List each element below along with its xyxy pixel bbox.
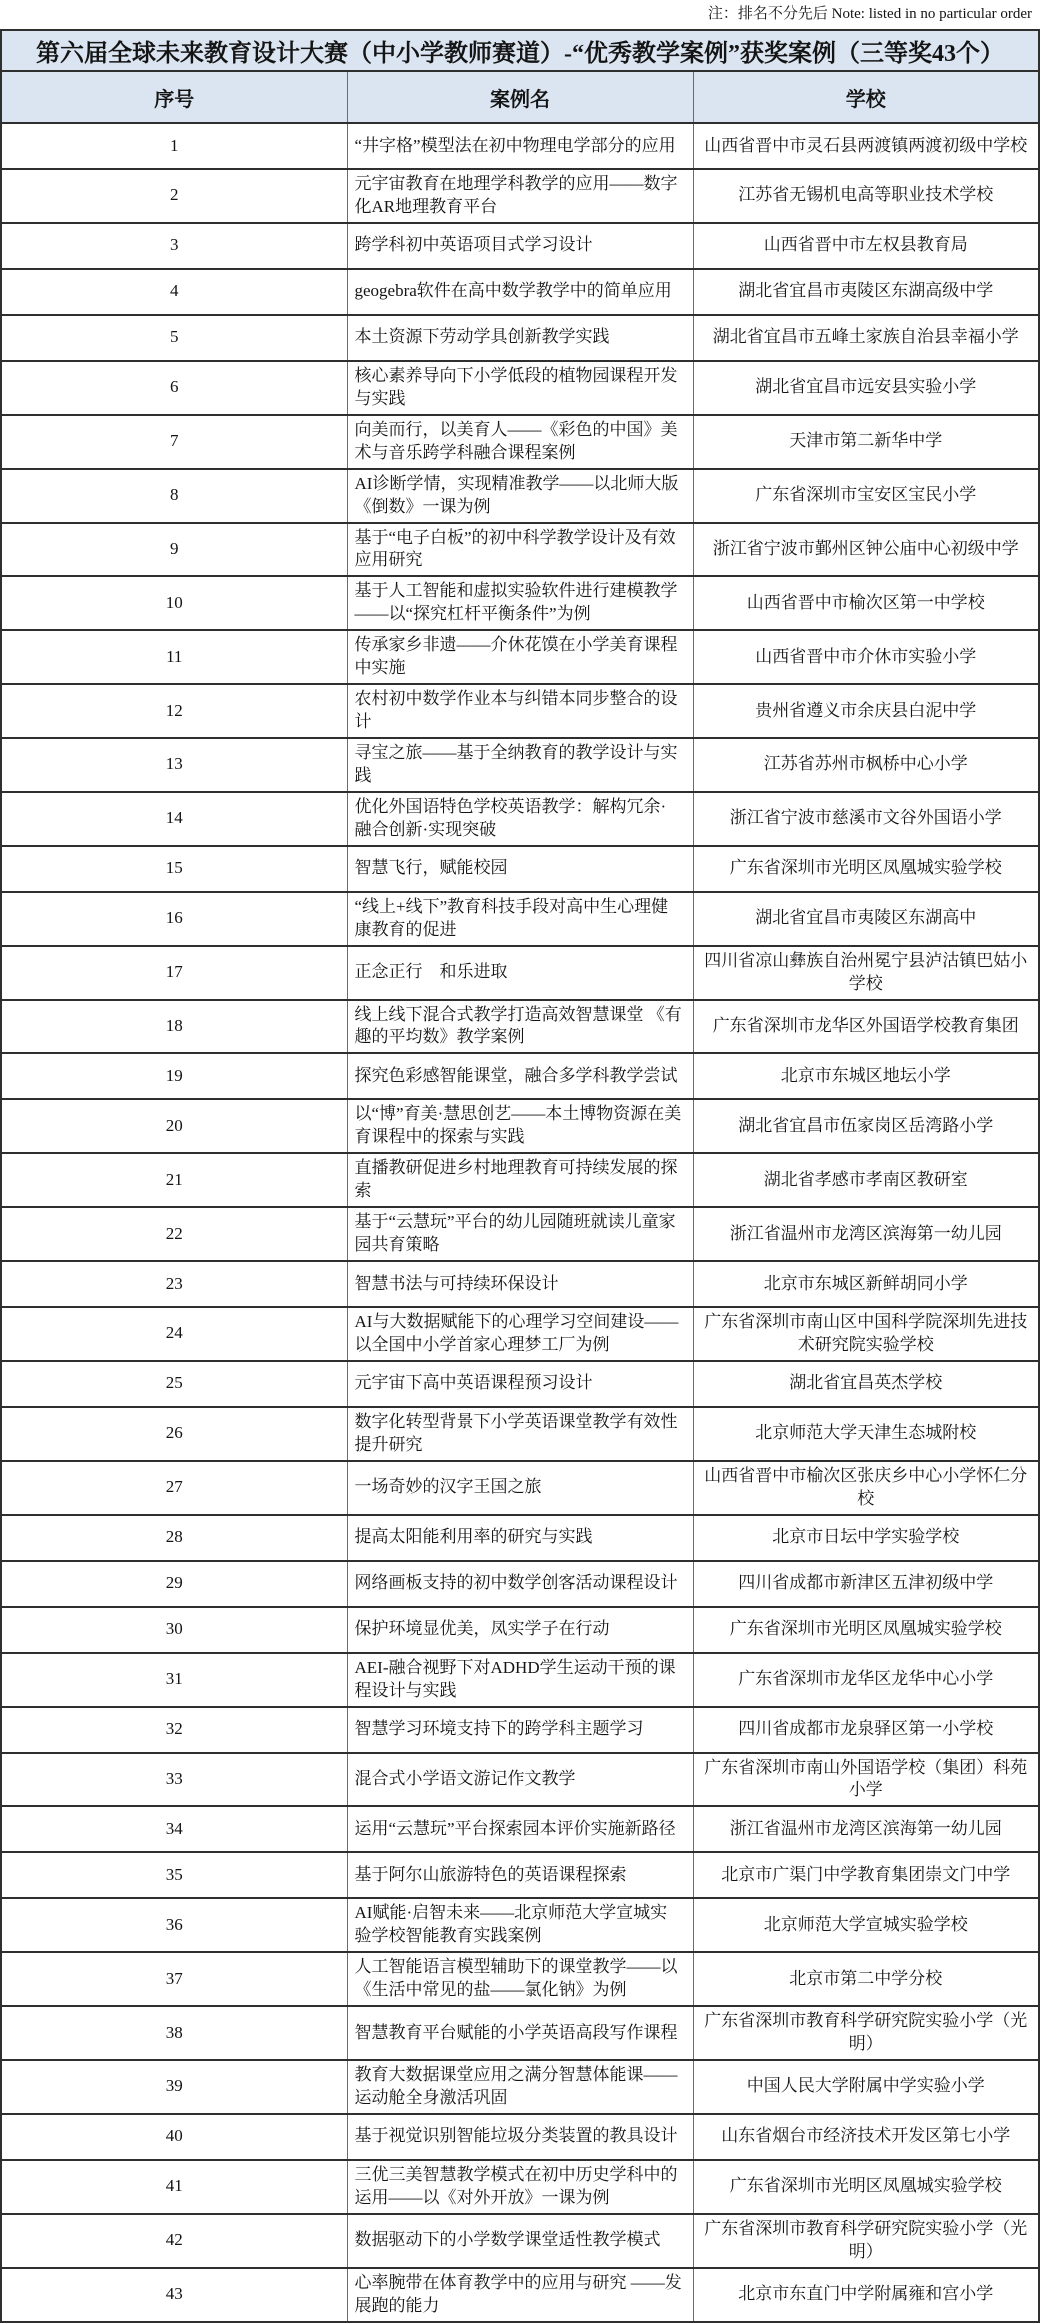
- col-header-case: 案例名: [347, 71, 693, 123]
- table-row: 8 AI诊断学情，实现精准教学——以北师大版《倒数》一课为例 广东省深圳市宝安区…: [1, 469, 1039, 523]
- table-row: 38 智慧教育平台赋能的小学英语高段写作课程 广东省深圳市教育科学研究院实验小学…: [1, 2006, 1039, 2060]
- row-school: 广东省深圳市宝安区宝民小学: [693, 469, 1039, 523]
- ranking-note: 注：排名不分先后 Note: listed in no particular o…: [0, 0, 1040, 29]
- row-school: 天津市第二新华中学: [693, 415, 1039, 469]
- row-school: 中国人民大学附属中学实验小学: [693, 2060, 1039, 2114]
- row-index: 27: [1, 1461, 347, 1515]
- row-school: 北京市第二中学分校: [693, 1952, 1039, 2006]
- row-school: 广东省深圳市教育科学研究院实验小学（光明）: [693, 2006, 1039, 2060]
- row-case: 网络画板支持的初中数学创客活动课程设计: [347, 1561, 693, 1607]
- row-index: 7: [1, 415, 347, 469]
- row-case: 正念正行 和乐进取: [347, 946, 693, 1000]
- table-row: 36 AI赋能·启智未来——北京师范大学宣城实验学校智能教育实践案例 北京师范大…: [1, 1898, 1039, 1952]
- row-case: 提高太阳能利用率的研究与实践: [347, 1515, 693, 1561]
- row-case: 优化外国语特色学校英语教学：解构冗余·融合创新·实现突破: [347, 792, 693, 846]
- row-school: 北京市广渠门中学教育集团崇文门中学: [693, 1852, 1039, 1898]
- row-school: 四川省凉山彝族自治州冕宁县泸沽镇巴姑小学校: [693, 946, 1039, 1000]
- row-school: 湖北省宜昌英杰学校: [693, 1361, 1039, 1407]
- row-case: 基于人工智能和虚拟实验软件进行建模教学——以“探究杠杆平衡条件”为例: [347, 576, 693, 630]
- row-case: 传承家乡非遗——介休花馍在小学美育课程中实施: [347, 630, 693, 684]
- table-row: 42 数据驱动下的小学数学课堂适性教学模式 广东省深圳市教育科学研究院实验小学（…: [1, 2214, 1039, 2268]
- row-index: 29: [1, 1561, 347, 1607]
- table-row: 10 基于人工智能和虚拟实验软件进行建模教学——以“探究杠杆平衡条件”为例 山西…: [1, 576, 1039, 630]
- row-school: 山西省晋中市介休市实验小学: [693, 630, 1039, 684]
- row-index: 15: [1, 846, 347, 892]
- row-index: 30: [1, 1607, 347, 1653]
- row-index: 34: [1, 1806, 347, 1852]
- row-school: 浙江省宁波市鄞州区钟公庙中心初级中学: [693, 523, 1039, 577]
- row-index: 28: [1, 1515, 347, 1561]
- row-index: 19: [1, 1053, 347, 1099]
- row-index: 13: [1, 738, 347, 792]
- row-school: 山东省烟台市经济技术开发区第七小学: [693, 2114, 1039, 2160]
- row-index: 42: [1, 2214, 347, 2268]
- row-index: 9: [1, 523, 347, 577]
- row-school: 广东省深圳市光明区凤凰城实验学校: [693, 1607, 1039, 1653]
- row-index: 38: [1, 2006, 347, 2060]
- row-case: 基于阿尔山旅游特色的英语课程探索: [347, 1852, 693, 1898]
- row-school: 北京市日坛中学实验学校: [693, 1515, 1039, 1561]
- row-school: 广东省深圳市龙华区外国语学校教育集团: [693, 1000, 1039, 1054]
- table-row: 5 本土资源下劳动学具创新教学实践 湖北省宜昌市五峰土家族自治县幸福小学: [1, 315, 1039, 361]
- row-index: 1: [1, 123, 347, 169]
- row-case: 人工智能语言模型辅助下的课堂教学——以《生活中常见的盐——氯化钠》为例: [347, 1952, 693, 2006]
- row-school: 广东省深圳市龙华区龙华中心小学: [693, 1653, 1039, 1707]
- table-row: 11 传承家乡非遗——介休花馍在小学美育课程中实施 山西省晋中市介休市实验小学: [1, 630, 1039, 684]
- row-case: 智慧书法与可持续环保设计: [347, 1261, 693, 1307]
- row-index: 22: [1, 1207, 347, 1261]
- row-case: “井字格”模型法在初中物理电学部分的应用: [347, 123, 693, 169]
- row-case: 三优三美智慧教学模式在初中历史学科中的运用——以《对外开放》一课为例: [347, 2160, 693, 2214]
- awards-table-head: 第六届全球未来教育设计大赛（中小学教师赛道）-“优秀教学案例”获奖案例（三等奖4…: [1, 30, 1039, 123]
- row-school: 湖北省宜昌市夷陵区东湖高级中学: [693, 269, 1039, 315]
- table-row: 18 线上线下混合式教学打造高效智慧课堂 《有趣的平均数》教学案例 广东省深圳市…: [1, 1000, 1039, 1054]
- table-row: 4 geogebra软件在高中数学教学中的简单应用 湖北省宜昌市夷陵区东湖高级中…: [1, 269, 1039, 315]
- table-row: 19 探究色彩感智能课堂，融合多学科教学尝试 北京市东城区地坛小学: [1, 1053, 1039, 1099]
- row-index: 36: [1, 1898, 347, 1952]
- table-row: 37 人工智能语言模型辅助下的课堂教学——以《生活中常见的盐——氯化钠》为例 北…: [1, 1952, 1039, 2006]
- table-row: 27 一场奇妙的汉字王国之旅 山西省晋中市榆次区张庆乡中心小学怀仁分校: [1, 1461, 1039, 1515]
- table-row: 21 直播教研促进乡村地理教育可持续发展的探索 湖北省孝感市孝南区教研室: [1, 1153, 1039, 1207]
- row-school: 江苏省无锡机电高等职业技术学校: [693, 169, 1039, 223]
- row-case: 向美而行，以美育人——《彩色的中国》美术与音乐跨学科融合课程案例: [347, 415, 693, 469]
- row-school: 浙江省宁波市慈溪市文谷外国语小学: [693, 792, 1039, 846]
- row-index: 33: [1, 1753, 347, 1807]
- table-row: 32 智慧学习环境支持下的跨学科主题学习 四川省成都市龙泉驿区第一小学校: [1, 1707, 1039, 1753]
- row-case: 智慧教育平台赋能的小学英语高段写作课程: [347, 2006, 693, 2060]
- page: 注：排名不分先后 Note: listed in no particular o…: [0, 0, 1040, 2323]
- row-case: 数字化转型背景下小学英语课堂教学有效性提升研究: [347, 1407, 693, 1461]
- row-index: 3: [1, 223, 347, 269]
- row-case: 元宇宙教育在地理学科教学的应用——数字化AR地理教育平台: [347, 169, 693, 223]
- table-row: 31 AEI-融合视野下对ADHD学生运动干预的课程设计与实践 广东省深圳市龙华…: [1, 1653, 1039, 1707]
- row-index: 35: [1, 1852, 347, 1898]
- row-school: 广东省深圳市光明区凤凰城实验学校: [693, 2160, 1039, 2214]
- table-row: 16 “线上+线下”教育科技手段对高中生心理健康教育的促进 湖北省宜昌市夷陵区东…: [1, 892, 1039, 946]
- row-case: 核心素养导向下小学低段的植物园课程开发与实践: [347, 361, 693, 415]
- table-row: 3 跨学科初中英语项目式学习设计 山西省晋中市左权县教育局: [1, 223, 1039, 269]
- table-row: 33 混合式小学语文游记作文教学 广东省深圳市南山外国语学校（集团）科苑小学: [1, 1753, 1039, 1807]
- row-index: 20: [1, 1099, 347, 1153]
- row-index: 21: [1, 1153, 347, 1207]
- row-case: 混合式小学语文游记作文教学: [347, 1753, 693, 1807]
- row-case: 运用“云慧玩”平台探索园本评价实施新路径: [347, 1806, 693, 1852]
- row-case: 探究色彩感智能课堂，融合多学科教学尝试: [347, 1053, 693, 1099]
- row-case: 保护环境显优美，凤实学子在行动: [347, 1607, 693, 1653]
- row-school: 山西省晋中市灵石县两渡镇两渡初级中学校: [693, 123, 1039, 169]
- table-row: 15 智慧飞行，赋能校园 广东省深圳市光明区凤凰城实验学校: [1, 846, 1039, 892]
- row-case: 寻宝之旅——基于全纳教育的教学设计与实践: [347, 738, 693, 792]
- row-school: 湖北省宜昌市五峰土家族自治县幸福小学: [693, 315, 1039, 361]
- row-case: 元宇宙下高中英语课程预习设计: [347, 1361, 693, 1407]
- row-index: 26: [1, 1407, 347, 1461]
- row-school: 贵州省遵义市余庆县白泥中学: [693, 684, 1039, 738]
- row-school: 四川省成都市新津区五津初级中学: [693, 1561, 1039, 1607]
- table-row: 24 AI与大数据赋能下的心理学习空间建设——以全国中小学首家心理梦工厂为例 广…: [1, 1307, 1039, 1361]
- row-index: 2: [1, 169, 347, 223]
- row-case: 直播教研促进乡村地理教育可持续发展的探索: [347, 1153, 693, 1207]
- table-row: 12 农村初中数学作业本与纠错本同步整合的设计 贵州省遵义市余庆县白泥中学: [1, 684, 1039, 738]
- table-row: 22 基于“云慧玩”平台的幼儿园随班就读儿童家园共育策略 浙江省温州市龙湾区滨海…: [1, 1207, 1039, 1261]
- table-row: 17 正念正行 和乐进取 四川省凉山彝族自治州冕宁县泸沽镇巴姑小学校: [1, 946, 1039, 1000]
- row-index: 5: [1, 315, 347, 361]
- awards-table: 第六届全球未来教育设计大赛（中小学教师赛道）-“优秀教学案例”获奖案例（三等奖4…: [0, 29, 1040, 2323]
- row-school: 北京师范大学宣城实验学校: [693, 1898, 1039, 1952]
- row-school: 北京市东直门中学附属雍和宫小学: [693, 2268, 1039, 2322]
- row-index: 25: [1, 1361, 347, 1407]
- row-case: 基于“电子白板”的初中科学教学设计及有效应用研究: [347, 523, 693, 577]
- row-school: 北京师范大学天津生态城附校: [693, 1407, 1039, 1461]
- row-case: 一场奇妙的汉字王国之旅: [347, 1461, 693, 1515]
- row-index: 23: [1, 1261, 347, 1307]
- table-row: 23 智慧书法与可持续环保设计 北京市东城区新鲜胡同小学: [1, 1261, 1039, 1307]
- row-case: 跨学科初中英语项目式学习设计: [347, 223, 693, 269]
- row-case: 智慧飞行，赋能校园: [347, 846, 693, 892]
- row-school: 四川省成都市龙泉驿区第一小学校: [693, 1707, 1039, 1753]
- row-index: 32: [1, 1707, 347, 1753]
- table-row: 13 寻宝之旅——基于全纳教育的教学设计与实践 江苏省苏州市枫桥中心小学: [1, 738, 1039, 792]
- row-school: 广东省深圳市南山区中国科学院深圳先进技术研究院实验学校: [693, 1307, 1039, 1361]
- row-school: 广东省深圳市光明区凤凰城实验学校: [693, 846, 1039, 892]
- table-row: 14 优化外国语特色学校英语教学：解构冗余·融合创新·实现突破 浙江省宁波市慈溪…: [1, 792, 1039, 846]
- row-index: 24: [1, 1307, 347, 1361]
- row-case: 心率腕带在体育教学中的应用与研究 ——发展跑的能力: [347, 2268, 693, 2322]
- row-index: 39: [1, 2060, 347, 2114]
- row-school: 山西省晋中市左权县教育局: [693, 223, 1039, 269]
- row-index: 37: [1, 1952, 347, 2006]
- table-row: 35 基于阿尔山旅游特色的英语课程探索 北京市广渠门中学教育集团崇文门中学: [1, 1852, 1039, 1898]
- table-body: 1 “井字格”模型法在初中物理电学部分的应用 山西省晋中市灵石县两渡镇两渡初级中…: [1, 123, 1039, 2322]
- row-case: AI诊断学情，实现精准教学——以北师大版《倒数》一课为例: [347, 469, 693, 523]
- row-school: 北京市东城区地坛小学: [693, 1053, 1039, 1099]
- row-index: 12: [1, 684, 347, 738]
- row-case: 数据驱动下的小学数学课堂适性教学模式: [347, 2214, 693, 2268]
- row-case: 线上线下混合式教学打造高效智慧课堂 《有趣的平均数》教学案例: [347, 1000, 693, 1054]
- row-index: 16: [1, 892, 347, 946]
- page-title: 第六届全球未来教育设计大赛（中小学教师赛道）-“优秀教学案例”获奖案例（三等奖4…: [1, 30, 1039, 71]
- row-case: 智慧学习环境支持下的跨学科主题学习: [347, 1707, 693, 1753]
- row-case: “线上+线下”教育科技手段对高中生心理健康教育的促进: [347, 892, 693, 946]
- row-school: 山西省晋中市榆次区第一中学校: [693, 576, 1039, 630]
- row-case: 基于“云慧玩”平台的幼儿园随班就读儿童家园共育策略: [347, 1207, 693, 1261]
- table-row: 39 教育大数据课堂应用之满分智慧体能课——运动舱全身激活巩固 中国人民大学附属…: [1, 2060, 1039, 2114]
- row-school: 广东省深圳市教育科学研究院实验小学（光明）: [693, 2214, 1039, 2268]
- table-row: 9 基于“电子白板”的初中科学教学设计及有效应用研究 浙江省宁波市鄞州区钟公庙中…: [1, 523, 1039, 577]
- row-index: 41: [1, 2160, 347, 2214]
- col-header-school: 学校: [693, 71, 1039, 123]
- row-index: 18: [1, 1000, 347, 1054]
- row-index: 31: [1, 1653, 347, 1707]
- table-row: 2 元宇宙教育在地理学科教学的应用——数字化AR地理教育平台 江苏省无锡机电高等…: [1, 169, 1039, 223]
- table-row: 34 运用“云慧玩”平台探索园本评价实施新路径 浙江省温州市龙湾区滨海第一幼儿园: [1, 1806, 1039, 1852]
- row-case: AEI-融合视野下对ADHD学生运动干预的课程设计与实践: [347, 1653, 693, 1707]
- table-row: 43 心率腕带在体育教学中的应用与研究 ——发展跑的能力 北京市东直门中学附属雍…: [1, 2268, 1039, 2322]
- table-row: 1 “井字格”模型法在初中物理电学部分的应用 山西省晋中市灵石县两渡镇两渡初级中…: [1, 123, 1039, 169]
- row-index: 4: [1, 269, 347, 315]
- row-index: 6: [1, 361, 347, 415]
- table-row: 6 核心素养导向下小学低段的植物园课程开发与实践 湖北省宜昌市远安县实验小学: [1, 361, 1039, 415]
- row-index: 10: [1, 576, 347, 630]
- table-row: 26 数字化转型背景下小学英语课堂教学有效性提升研究 北京师范大学天津生态城附校: [1, 1407, 1039, 1461]
- table-row: 25 元宇宙下高中英语课程预习设计 湖北省宜昌英杰学校: [1, 1361, 1039, 1407]
- row-case: 以“博”育美·慧思创艺——本土博物资源在美育课程中的探索与实践: [347, 1099, 693, 1153]
- row-case: geogebra软件在高中数学教学中的简单应用: [347, 269, 693, 315]
- row-case: 本土资源下劳动学具创新教学实践: [347, 315, 693, 361]
- table-row: 41 三优三美智慧教学模式在初中历史学科中的运用——以《对外开放》一课为例 广东…: [1, 2160, 1039, 2214]
- row-case: 农村初中数学作业本与纠错本同步整合的设计: [347, 684, 693, 738]
- row-school: 浙江省温州市龙湾区滨海第一幼儿园: [693, 1806, 1039, 1852]
- row-school: 湖北省宜昌市伍家岗区岳湾路小学: [693, 1099, 1039, 1153]
- row-index: 43: [1, 2268, 347, 2322]
- row-index: 40: [1, 2114, 347, 2160]
- row-case: AI赋能·启智未来——北京师范大学宣城实验学校智能教育实践案例: [347, 1898, 693, 1952]
- table-row: 29 网络画板支持的初中数学创客活动课程设计 四川省成都市新津区五津初级中学: [1, 1561, 1039, 1607]
- row-school: 北京市东城区新鲜胡同小学: [693, 1261, 1039, 1307]
- table-row: 20 以“博”育美·慧思创艺——本土博物资源在美育课程中的探索与实践 湖北省宜昌…: [1, 1099, 1039, 1153]
- row-index: 8: [1, 469, 347, 523]
- row-school: 浙江省温州市龙湾区滨海第一幼儿园: [693, 1207, 1039, 1261]
- row-school: 湖北省孝感市孝南区教研室: [693, 1153, 1039, 1207]
- row-index: 17: [1, 946, 347, 1000]
- title-row: 第六届全球未来教育设计大赛（中小学教师赛道）-“优秀教学案例”获奖案例（三等奖4…: [1, 30, 1039, 71]
- column-header-row: 序号 案例名 学校: [1, 71, 1039, 123]
- row-index: 11: [1, 630, 347, 684]
- table-row: 7 向美而行，以美育人——《彩色的中国》美术与音乐跨学科融合课程案例 天津市第二…: [1, 415, 1039, 469]
- row-case: 基于视觉识别智能垃圾分类装置的教具设计: [347, 2114, 693, 2160]
- row-case: 教育大数据课堂应用之满分智慧体能课——运动舱全身激活巩固: [347, 2060, 693, 2114]
- col-header-index: 序号: [1, 71, 347, 123]
- row-school: 湖北省宜昌市远安县实验小学: [693, 361, 1039, 415]
- row-school: 湖北省宜昌市夷陵区东湖高中: [693, 892, 1039, 946]
- row-index: 14: [1, 792, 347, 846]
- row-school: 山西省晋中市榆次区张庆乡中心小学怀仁分校: [693, 1461, 1039, 1515]
- table-row: 40 基于视觉识别智能垃圾分类装置的教具设计 山东省烟台市经济技术开发区第七小学: [1, 2114, 1039, 2160]
- table-row: 30 保护环境显优美，凤实学子在行动 广东省深圳市光明区凤凰城实验学校: [1, 1607, 1039, 1653]
- table-row: 28 提高太阳能利用率的研究与实践 北京市日坛中学实验学校: [1, 1515, 1039, 1561]
- row-school: 广东省深圳市南山外国语学校（集团）科苑小学: [693, 1753, 1039, 1807]
- row-case: AI与大数据赋能下的心理学习空间建设——以全国中小学首家心理梦工厂为例: [347, 1307, 693, 1361]
- row-school: 江苏省苏州市枫桥中心小学: [693, 738, 1039, 792]
